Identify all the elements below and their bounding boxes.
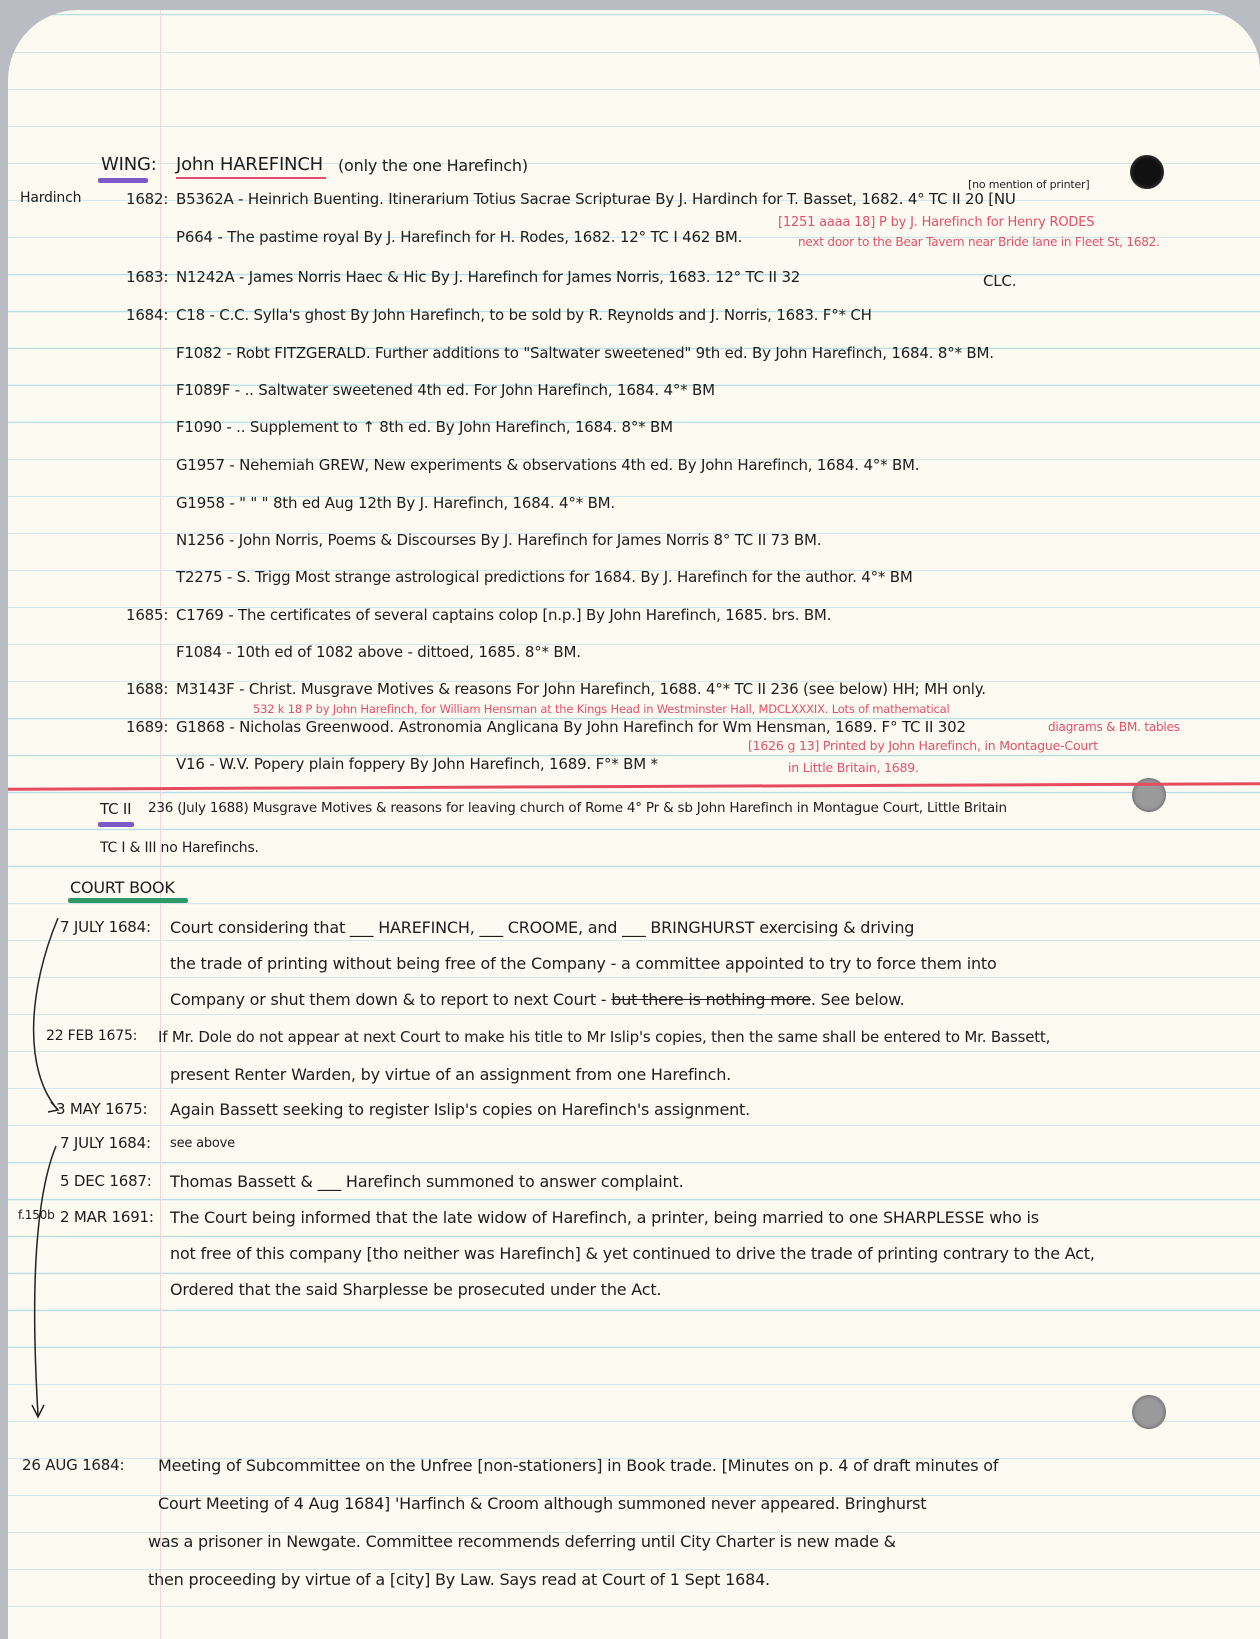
court-text: not free of this company [tho neither wa… — [170, 1244, 1095, 1263]
printer-name: John HAREFINCH — [176, 154, 323, 175]
header-note: (only the one Harefinch) — [338, 156, 528, 175]
entry-text: B5362A - Heinrich Buenting. Itinerarium … — [176, 190, 1016, 208]
entry-text: G1958 - " " " 8th ed Aug 12th By J. Hare… — [176, 494, 615, 512]
court-text: Court considering that ___ HAREFINCH, __… — [170, 918, 914, 937]
source-label: WING: — [101, 154, 157, 175]
court-date: 22 FEB 1675: — [46, 1028, 137, 1044]
purple-highlight — [98, 822, 134, 827]
entry-text: G1868 - Nicholas Greenwood. Astronomia A… — [176, 718, 966, 736]
entry-text: M3143F - Christ. Musgrave Motives & reas… — [176, 680, 986, 698]
tc-text: 236 (July 1688) Musgrave Motives & reaso… — [148, 800, 1007, 816]
court-text: see above — [170, 1136, 235, 1151]
tc-text: TC I & III no Harefinchs. — [100, 840, 259, 856]
court-text: then proceeding by virtue of a [city] By… — [148, 1570, 770, 1589]
red-annotation: [1251 aaaa 18] P by J. Harefinch for Hen… — [778, 215, 1094, 230]
court-text: Court Meeting of 4 Aug 1684] 'Harfinch &… — [158, 1494, 926, 1513]
tc-label: TC II — [100, 800, 131, 818]
court-text: the trade of printing without being free… — [170, 954, 997, 973]
court-date: 7 JULY 1684: — [60, 918, 151, 936]
red-annotation: next door to the Bear Tavern near Bride … — [798, 235, 1160, 249]
punch-hole — [1130, 155, 1164, 189]
red-annotation: in Little Britain, 1689. — [788, 760, 919, 775]
red-divider — [8, 782, 1260, 790]
entry-year: 1688: — [126, 680, 168, 698]
green-highlight — [68, 898, 188, 903]
margin-line — [160, 10, 161, 1639]
section-title: COURT BOOK — [70, 878, 175, 897]
entry-text: F1090 - .. Supplement to ↑ 8th ed. By Jo… — [176, 418, 673, 436]
court-date: 7 JULY 1684: — [60, 1134, 151, 1152]
court-text-part: Company or shut them down & to report to… — [170, 990, 606, 1009]
court-text: Ordered that the said Sharplesse be pros… — [170, 1280, 661, 1299]
folio-ref: f.150b — [18, 1208, 55, 1222]
entry-text: C1769 - The certificates of several capt… — [176, 606, 831, 624]
court-text: Thomas Bassett & ___ Harefinch summoned … — [170, 1172, 683, 1191]
entry-text: V16 - W.V. Popery plain foppery By John … — [176, 755, 658, 773]
struck-text: but there is nothing more — [611, 990, 811, 1009]
entry-year: 1682: — [126, 190, 168, 208]
purple-highlight — [98, 178, 148, 183]
entry-text: F1082 - Robt FITZGERALD. Further additio… — [176, 344, 994, 362]
entry-text: F1089F - .. Saltwater sweetened 4th ed. … — [176, 381, 715, 399]
entry-year: 1684: — [126, 306, 168, 324]
entry-year: 1683: — [126, 268, 168, 286]
court-text-part: . See below. — [811, 990, 905, 1009]
court-text: Meeting of Subcommittee on the Unfree [n… — [158, 1456, 998, 1475]
entry-text: C18 - C.C. Sylla's ghost By John Harefin… — [176, 306, 872, 324]
entry-text: N1256 - John Norris, Poems & Discourses … — [176, 531, 821, 549]
court-text: present Renter Warden, by virtue of an a… — [170, 1065, 731, 1084]
entry-text: P664 - The pastime royal By J. Harefinch… — [176, 228, 742, 246]
court-date: 3 MAY 1675: — [56, 1100, 147, 1118]
entry-text: N1242A - James Norris Haec & Hic By J. H… — [176, 268, 800, 286]
punch-hole — [1132, 1395, 1166, 1429]
margin-note: Hardinch — [20, 190, 81, 206]
court-text: Again Bassett seeking to register Islip'… — [170, 1100, 750, 1119]
court-text: If Mr. Dole do not appear at next Court … — [158, 1028, 1050, 1046]
red-annotation: [1626 g 13] Printed by John Harefinch, i… — [748, 738, 1098, 753]
connector-arrow-icon — [18, 910, 78, 1430]
entry-text: G1957 - Nehemiah GREW, New experiments &… — [176, 456, 919, 474]
red-annotation: diagrams & BM. tables — [1048, 720, 1180, 734]
red-annotation: 532 k 18 P by John Harefinch, for Willia… — [253, 702, 950, 716]
court-date: 5 DEC 1687: — [60, 1172, 152, 1190]
entry-year: 1685: — [126, 606, 168, 624]
court-date: 2 MAR 1691: — [60, 1208, 154, 1226]
red-underline — [176, 177, 326, 179]
court-text: The Court being informed that the late w… — [170, 1208, 1039, 1227]
entry-suffix: CLC. — [983, 272, 1016, 290]
entry-year: 1689: — [126, 718, 168, 736]
entry-text: F1084 - 10th ed of 1082 above - dittoed,… — [176, 643, 581, 661]
entry-text: T2275 - S. Trigg Most strange astrologic… — [176, 568, 913, 586]
court-text: was a prisoner in Newgate. Committee rec… — [148, 1532, 896, 1551]
court-text: Company or shut them down & to report to… — [170, 990, 904, 1009]
notebook-page: WING: John HAREFINCH (only the one Haref… — [8, 10, 1260, 1639]
court-date: 26 AUG 1684: — [22, 1456, 124, 1474]
